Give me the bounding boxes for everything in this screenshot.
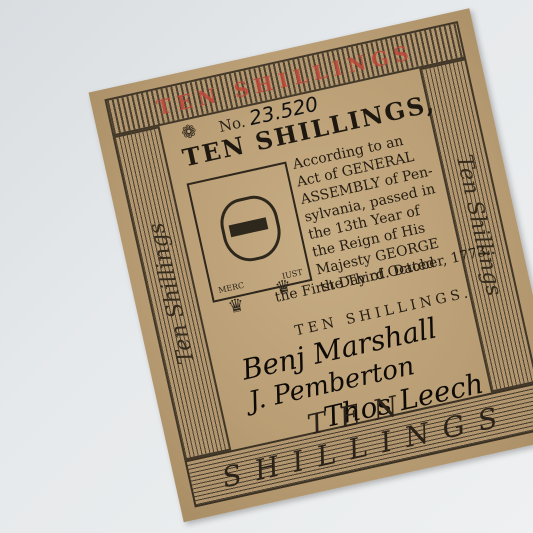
- emblem-left-label: MERC: [218, 281, 246, 295]
- coat-of-arms-emblem: MERC IUST: [187, 162, 313, 303]
- banknote: TEN SHILLINGS Ten Shillings Ten Shilling…: [89, 8, 533, 522]
- left-pillar-text: Ten Shillings: [144, 220, 200, 366]
